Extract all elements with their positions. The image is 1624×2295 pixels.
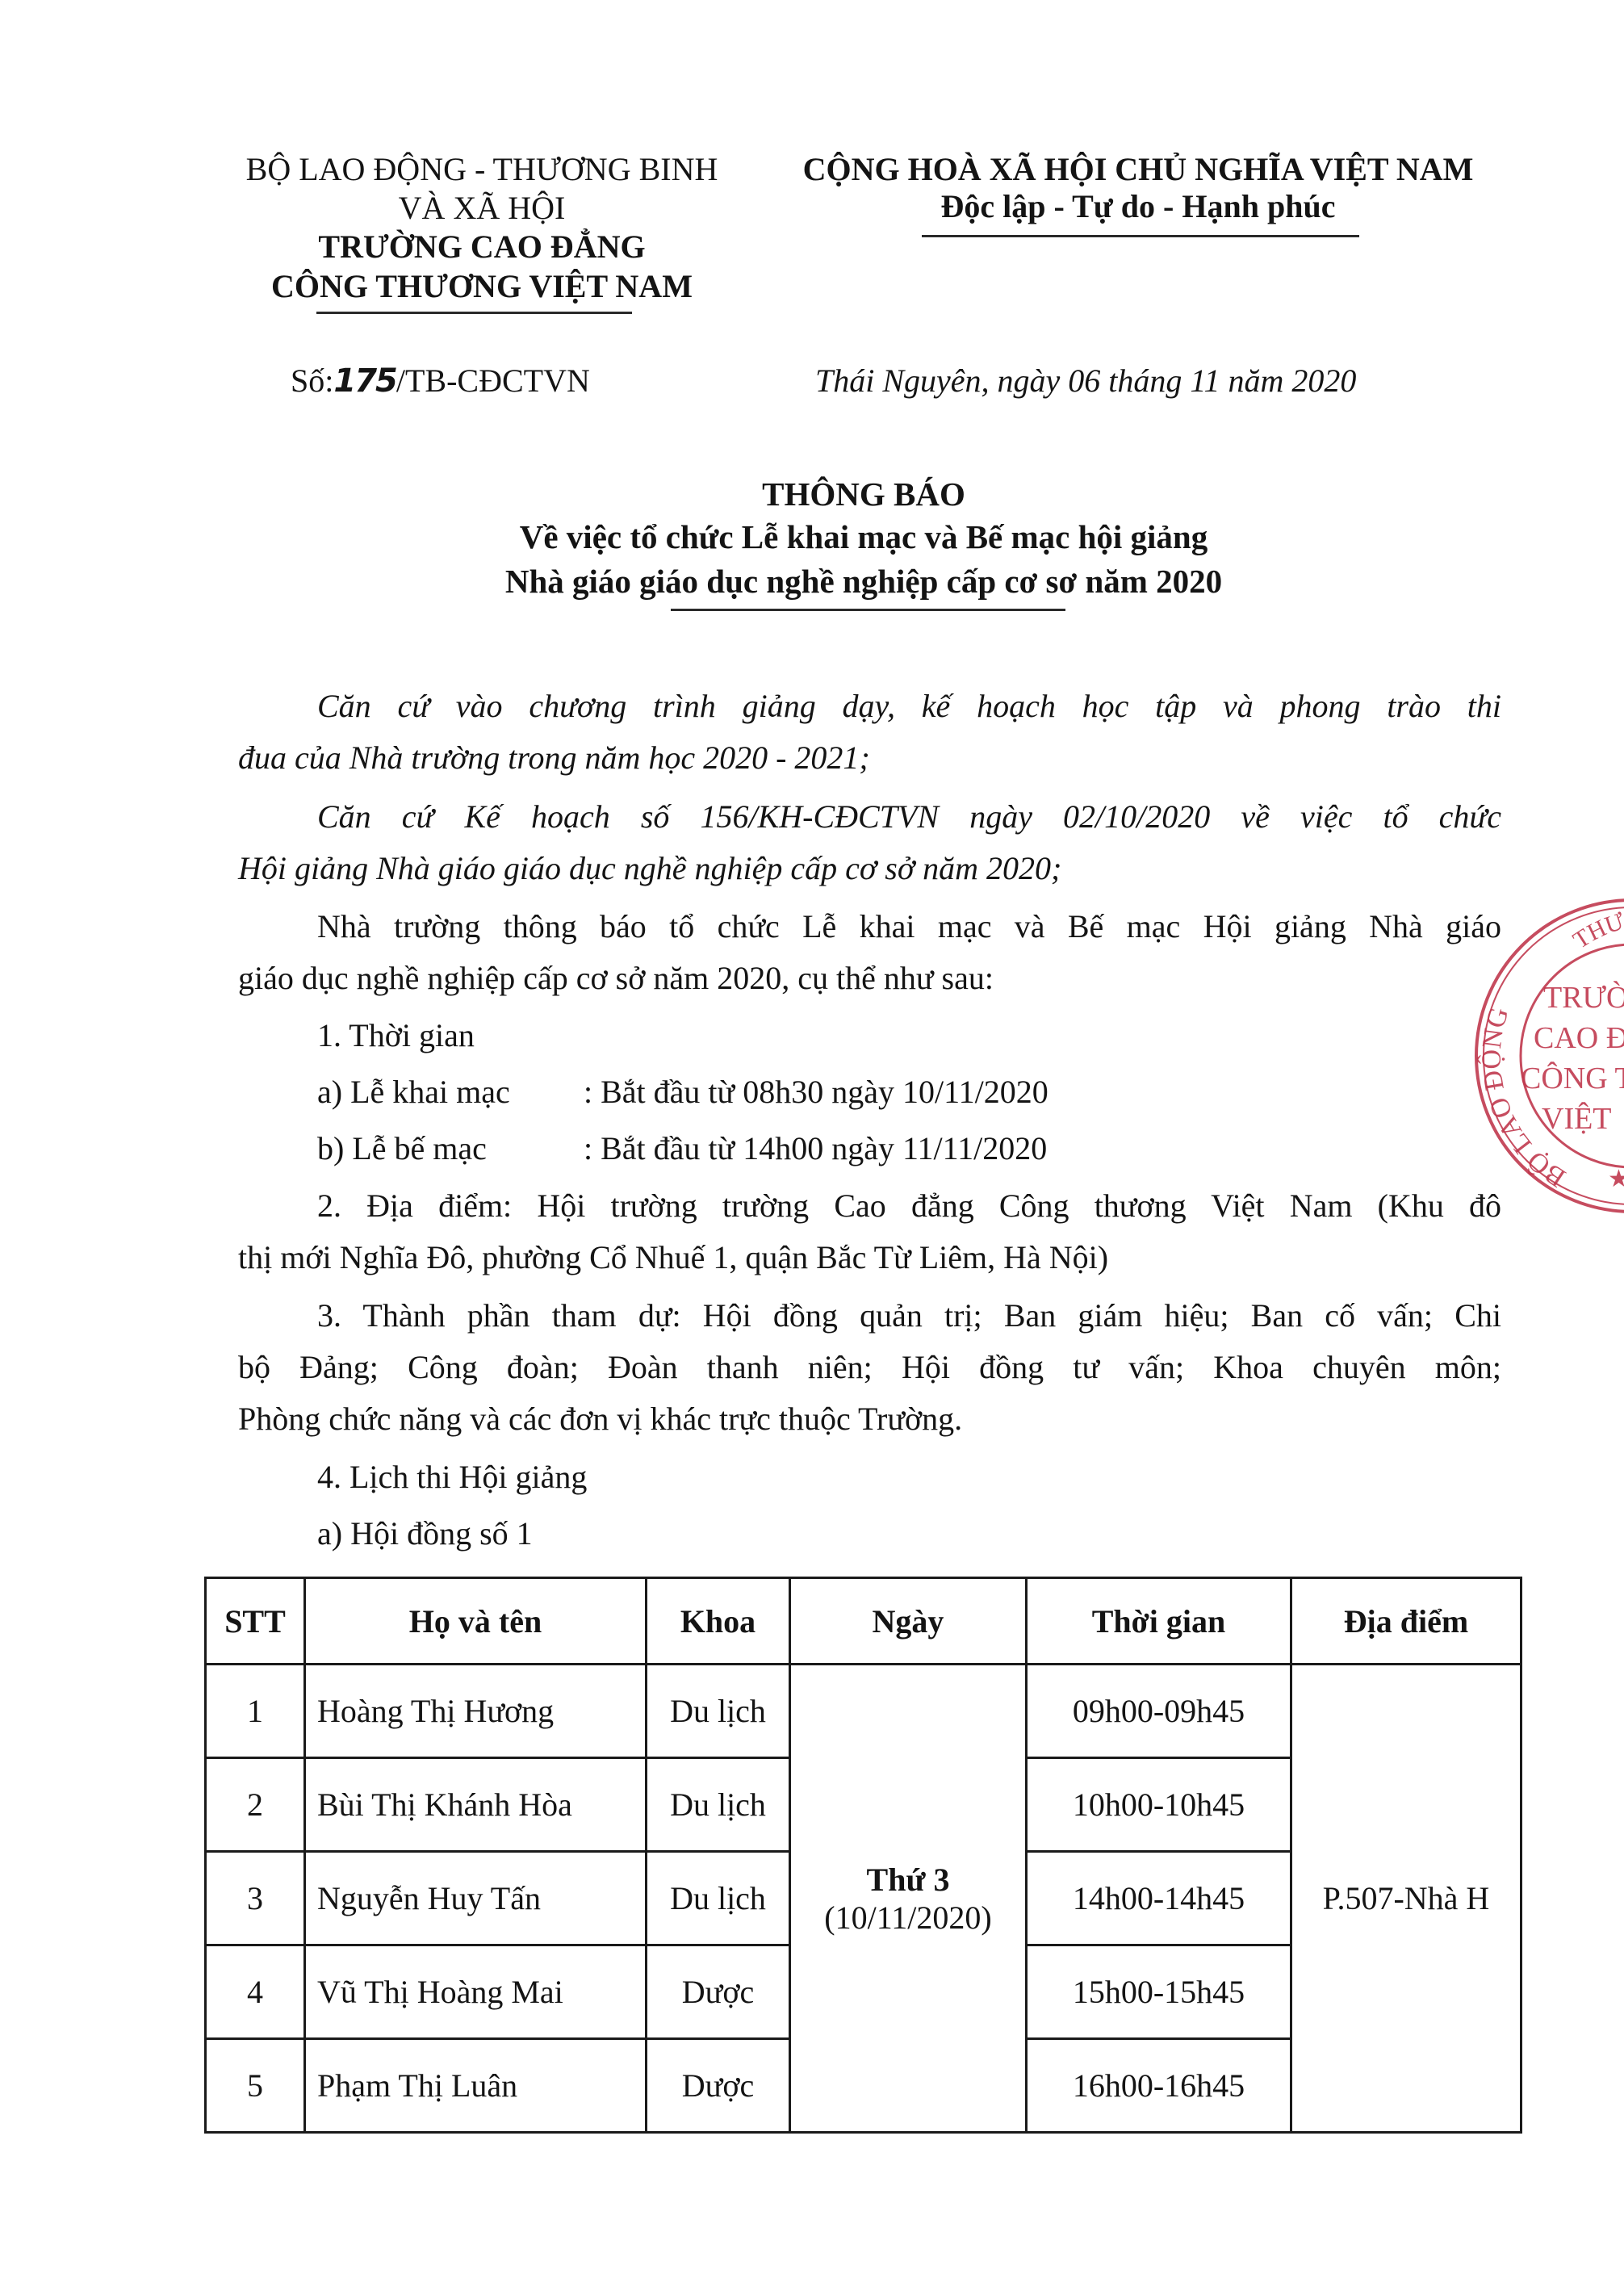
country-name: CỘNG HOÀ XÃ HỘI CHỦ NGHĨA VIỆT NAM	[767, 153, 1509, 186]
cell-stt: 4	[206, 1945, 305, 2039]
cell-time: 14h00-14h45	[1027, 1852, 1291, 1945]
schedule-table: STT Họ và tên Khoa Ngày Thời gian Địa đi…	[204, 1577, 1522, 2134]
seal-star-icon: ★	[1608, 1166, 1624, 1192]
cell-name: Nguyễn Huy Tấn	[305, 1852, 647, 1945]
header-date: Ngày	[790, 1578, 1027, 1665]
intro-line2: giáo dục nghề nghiệp cấp cơ sở năm 2020,…	[238, 962, 994, 995]
cell-name: Phạm Thị Luân	[305, 2039, 647, 2133]
basis-2-line1: Căn cứ Kế hoạch số 156/KH-CĐCTVN ngày 02…	[317, 801, 1501, 833]
closing-label: b) Lễ bế mạc	[317, 1133, 487, 1165]
opening-time: : Bắt đầu từ 08h30 ngày 10/11/2020	[584, 1076, 1048, 1108]
closing-time: : Bắt đầu từ 14h00 ngày 11/11/2020	[584, 1133, 1047, 1165]
national-motto: Độc lập - Tự do - Hạnh phúc	[767, 191, 1509, 223]
opening-label: a) Lễ khai mạc	[317, 1076, 510, 1108]
seal-inner-line3: CÔNG T	[1521, 1062, 1624, 1095]
document-subtitle-line1: Về việc tổ chức Lễ khai mạc và Bế mạc hộ…	[194, 521, 1534, 554]
day-label: Thứ 3	[791, 1861, 1025, 1899]
seal-inner-line2: CAO Đ	[1534, 1021, 1624, 1055]
seal-inner-line1: TRƯỜ	[1543, 981, 1624, 1015]
title-underline	[671, 609, 1065, 611]
cell-time: 15h00-15h45	[1027, 1945, 1291, 2039]
basis-1-line1: Căn cứ vào chương trình giảng dạy, kế ho…	[317, 690, 1501, 722]
cell-stt: 1	[206, 1665, 305, 1758]
header-location: Địa điểm	[1291, 1578, 1521, 1665]
handwritten-number: 175	[333, 362, 396, 400]
section-3-line1: 3. Thành phần tham dự: Hội đồng quản trị…	[317, 1300, 1501, 1332]
ministry-name-line1: BỘ LAO ĐỘNG - THƯƠNG BINH	[194, 153, 770, 186]
basis-1-line2: đua của Nhà trường trong năm học 2020 - …	[238, 742, 870, 774]
cell-stt: 3	[206, 1852, 305, 1945]
document-title: THÔNG BÁO	[194, 478, 1534, 511]
cell-stt: 2	[206, 1758, 305, 1852]
section-2-line1: 2. Địa điểm: Hội trường trường Cao đẳng …	[317, 1190, 1501, 1222]
school-name-line2: CÔNG THƯƠNG VIỆT NAM	[194, 270, 770, 303]
cell-time: 09h00-09h45	[1027, 1665, 1291, 1758]
cell-name: Hoàng Thị Hương	[305, 1665, 647, 1758]
document-number-suffix: /TB-CĐCTVN	[396, 362, 590, 399]
cell-name: Vũ Thị Hoàng Mai	[305, 1945, 647, 2039]
intro-line1: Nhà trường thông báo tổ chức Lễ khai mạc…	[317, 911, 1501, 943]
section-1-heading: 1. Thời gian	[317, 1020, 475, 1052]
table-row: 1 Hoàng Thị Hương Du lịch Thứ 3 (10/11/2…	[206, 1665, 1521, 1758]
cell-faculty: Dược	[647, 2039, 790, 2133]
header-time: Thời gian	[1027, 1578, 1291, 1665]
council-1-heading: a) Hội đồng số 1	[317, 1518, 533, 1550]
header-faculty: Khoa	[647, 1578, 790, 1665]
section-3-line2: bộ Đảng; Công đoàn; Đoàn thanh niên; Hội…	[238, 1351, 1501, 1384]
day-date: (10/11/2020)	[791, 1899, 1025, 1937]
document-subtitle-line2: Nhà giáo giáo dục nghề nghiệp cấp cơ sơ …	[194, 565, 1534, 598]
official-seal-stamp: BỘ LAO ĐỘNG THƯƠ TRƯỜ CAO Đ CÔNG T VIỆT …	[1471, 894, 1624, 1217]
section-2-line2: thị mới Nghĩa Đô, phường Cổ Nhuế 1, quận…	[238, 1242, 1108, 1274]
section-3-line3: Phòng chức năng và các đơn vị khác trực …	[238, 1403, 962, 1435]
document-number-prefix: Số:	[291, 362, 333, 399]
basis-2-line2: Hội giảng Nhà giáo giáo dục nghề nghiệp …	[238, 852, 1061, 885]
cell-time: 10h00-10h45	[1027, 1758, 1291, 1852]
document-number: Số:175/TB-CĐCTVN	[291, 365, 590, 397]
ministry-name-line2: VÀ XÃ HỘI	[194, 192, 770, 224]
cell-faculty: Du lịch	[647, 1665, 790, 1758]
cell-time: 16h00-16h45	[1027, 2039, 1291, 2133]
motto-underline	[922, 235, 1359, 237]
place-and-date: Thái Nguyên, ngày 06 tháng 11 năm 2020	[815, 365, 1356, 397]
section-4-heading: 4. Lịch thi Hội giảng	[317, 1461, 587, 1493]
header-name: Họ và tên	[305, 1578, 647, 1665]
seal-inner-line4: VIỆT	[1542, 1102, 1612, 1136]
cell-faculty: Du lịch	[647, 1852, 790, 1945]
cell-name: Bùi Thị Khánh Hòa	[305, 1758, 647, 1852]
cell-faculty: Du lịch	[647, 1758, 790, 1852]
table-header-row: STT Họ và tên Khoa Ngày Thời gian Địa đi…	[206, 1578, 1521, 1665]
cell-location-merged: P.507-Nhà H	[1291, 1665, 1521, 2133]
cell-faculty: Dược	[647, 1945, 790, 2039]
cell-stt: 5	[206, 2039, 305, 2133]
header-stt: STT	[206, 1578, 305, 1665]
cell-date-merged: Thứ 3 (10/11/2020)	[790, 1665, 1027, 2133]
school-name-line1: TRƯỜNG CAO ĐẲNG	[194, 231, 770, 263]
school-underline	[316, 312, 632, 314]
